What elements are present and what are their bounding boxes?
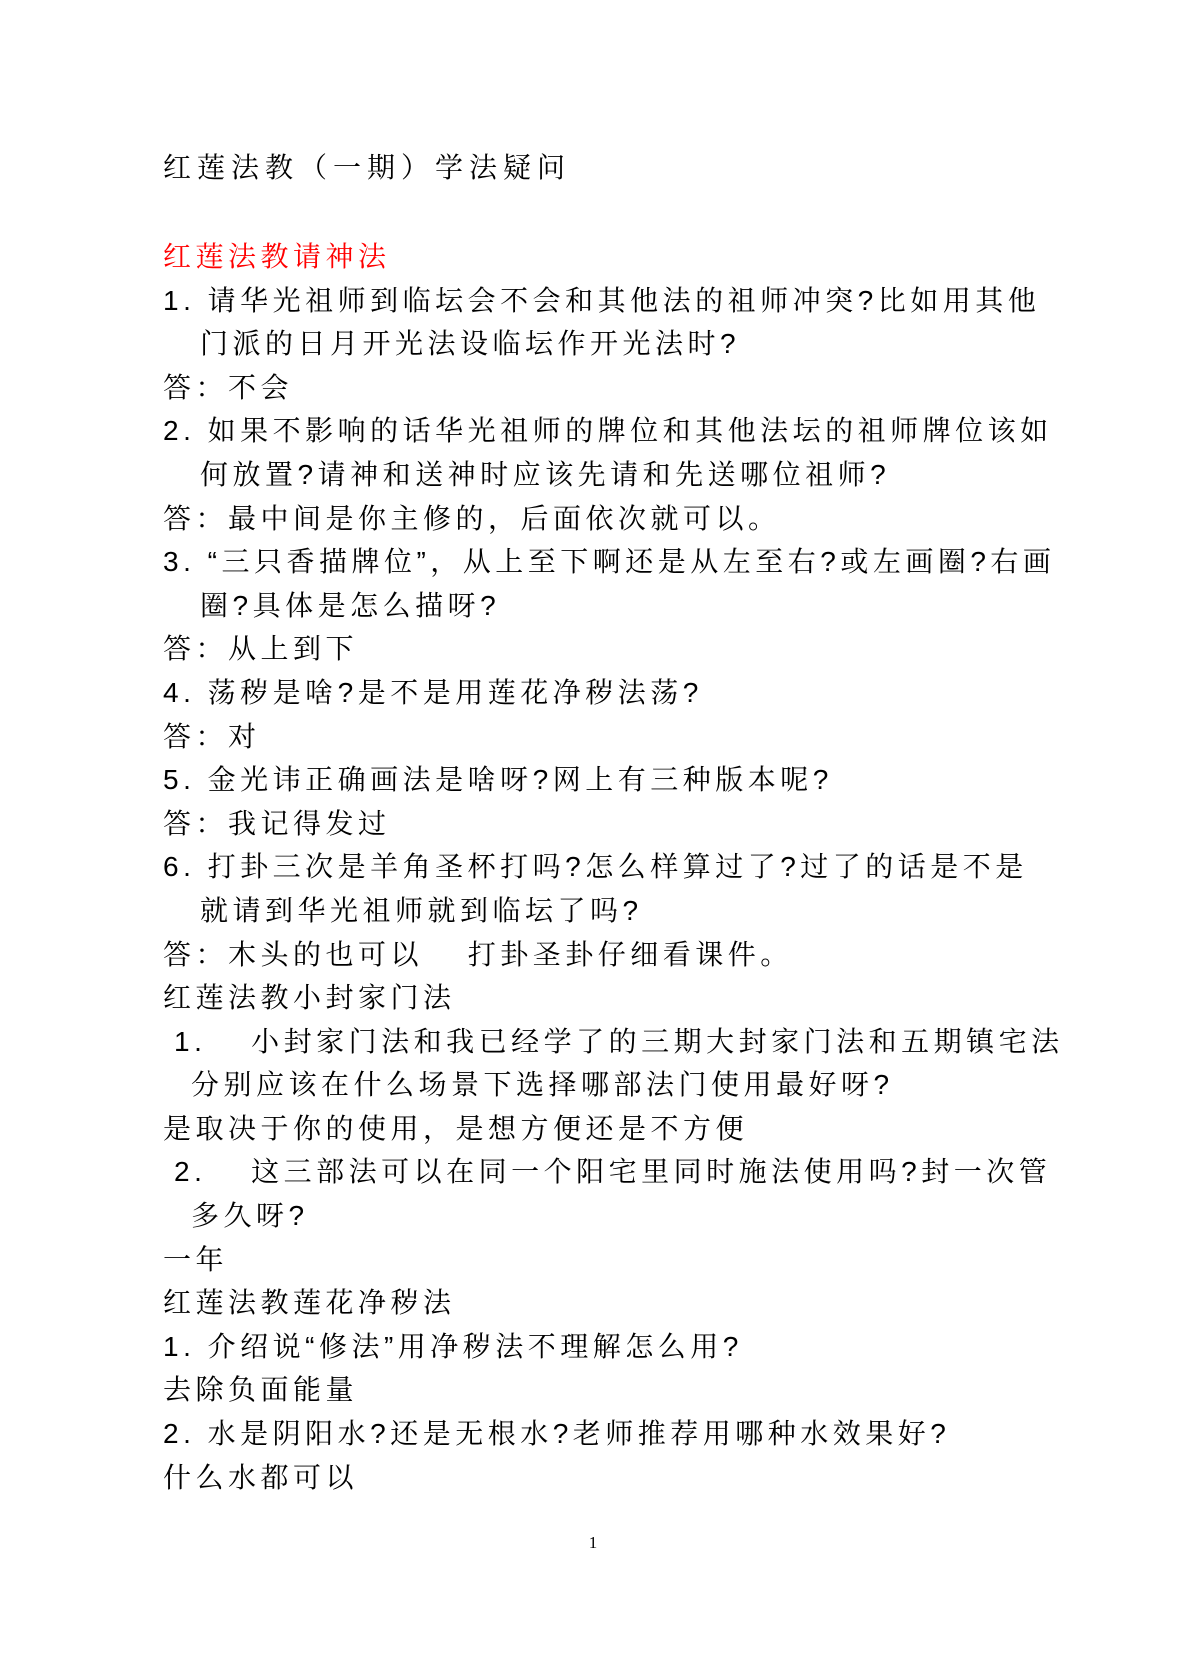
text-line: 就请到华光祖师就到临坛了吗? bbox=[200, 889, 1043, 933]
answer-paragraph: 去除负面能量 bbox=[163, 1368, 1043, 1412]
text-line: 答：我记得发过 bbox=[163, 802, 1043, 846]
text-line: 1. 介绍说“修法”用净秽法不理解怎么用? bbox=[163, 1325, 1043, 1369]
answer-paragraph: 是取决于你的使用，是想方便还是不方便 bbox=[163, 1107, 1043, 1151]
answer-paragraph: 什么水都可以 bbox=[163, 1456, 1043, 1500]
text-line: 分别应该在什么场景下选择哪部法门使用最好呀? bbox=[191, 1063, 1043, 1107]
text-line: 答：对 bbox=[163, 715, 1043, 759]
text-line: 多久呀? bbox=[191, 1194, 1043, 1238]
text-line: 红莲法教莲花净秽法 bbox=[163, 1281, 1043, 1325]
text-line: 答：最中间是你主修的，后面依次就可以。 bbox=[163, 497, 1043, 541]
question-paragraph: 2. 水是阴阳水?还是无根水?老师推荐用哪种水效果好? bbox=[163, 1412, 1043, 1456]
answer-paragraph: 答：从上到下 bbox=[163, 627, 1043, 671]
text-line: 2. 水是阴阳水?还是无根水?老师推荐用哪种水效果好? bbox=[163, 1412, 1043, 1456]
page-number: 1 bbox=[0, 1533, 1186, 1553]
text-line: 一年 bbox=[163, 1238, 1043, 1282]
section-heading: 红莲法教请神法 bbox=[163, 235, 1043, 279]
text-line: 6. 打卦三次是羊角圣杯打吗?怎么样算过了?过了的话是不是 bbox=[163, 845, 1043, 889]
question-paragraph: 1. 请华光祖师到临坛会不会和其他法的祖师冲突?比如用其他门派的日月开光法设临坛… bbox=[163, 279, 1043, 366]
answer-paragraph: 答：对 bbox=[163, 715, 1043, 759]
section-heading: 红莲法教莲花净秽法 bbox=[163, 1281, 1043, 1325]
text-line: 门派的日月开光法设临坛作开光法时? bbox=[200, 322, 1043, 366]
text-line: 去除负面能量 bbox=[163, 1368, 1043, 1412]
question-paragraph: 3. “三只香描牌位”，从上至下啊还是从左至右?或左画圈?右画圈?具体是怎么描呀… bbox=[163, 540, 1043, 627]
answer-paragraph: 答：我记得发过 bbox=[163, 802, 1043, 846]
document-body: 红莲法教请神法1. 请华光祖师到临坛会不会和其他法的祖师冲突?比如用其他门派的日… bbox=[163, 235, 1043, 1499]
answer-paragraph: 一年 bbox=[163, 1238, 1043, 1282]
question-paragraph: 2. 如果不影响的话华光祖师的牌位和其他法坛的祖师牌位该如何放置?请神和送神时应… bbox=[163, 409, 1043, 496]
question-paragraph: 6. 打卦三次是羊角圣杯打吗?怎么样算过了?过了的话是不是就请到华光祖师就到临坛… bbox=[163, 845, 1043, 932]
document-title: 红莲法教（一期）学法疑问 bbox=[163, 146, 1043, 190]
text-line: 答：不会 bbox=[163, 366, 1043, 410]
text-line: 圈?具体是怎么描呀? bbox=[200, 584, 1043, 628]
text-line: 何放置?请神和送神时应该先请和先送哪位祖师? bbox=[200, 453, 1043, 497]
answer-paragraph: 答：最中间是你主修的，后面依次就可以。 bbox=[163, 497, 1043, 541]
text-line: 红莲法教请神法 bbox=[163, 235, 1043, 279]
text-line: 答：从上到下 bbox=[163, 627, 1043, 671]
text-line: 2. 这三部法可以在同一个阳宅里同时施法使用吗?封一次管 bbox=[174, 1150, 1043, 1194]
text-line: 3. “三只香描牌位”，从上至下啊还是从左至右?或左画圈?右画 bbox=[163, 540, 1043, 584]
question-paragraph: 1. 介绍说“修法”用净秽法不理解怎么用? bbox=[163, 1325, 1043, 1369]
text-line: 4. 荡秽是啥?是不是用莲花净秽法荡? bbox=[163, 671, 1043, 715]
section-heading: 红莲法教小封家门法 bbox=[163, 976, 1043, 1020]
question-paragraph: 5. 金光讳正确画法是啥呀?网上有三种版本呢? bbox=[163, 758, 1043, 802]
text-line: 什么水都可以 bbox=[163, 1456, 1043, 1500]
text-line: 1. 小封家门法和我已经学了的三期大封家门法和五期镇宅法 bbox=[174, 1020, 1043, 1064]
text-line: 是取决于你的使用，是想方便还是不方便 bbox=[163, 1107, 1043, 1151]
document-page: 红莲法教（一期）学法疑问 红莲法教请神法1. 请华光祖师到临坛会不会和其他法的祖… bbox=[0, 0, 1186, 1679]
question-paragraph: 4. 荡秽是啥?是不是用莲花净秽法荡? bbox=[163, 671, 1043, 715]
text-line: 5. 金光讳正确画法是啥呀?网上有三种版本呢? bbox=[163, 758, 1043, 802]
answer-paragraph: 答：不会 bbox=[163, 366, 1043, 410]
text-line: 答：木头的也可以 打卦圣卦仔细看课件。 bbox=[163, 933, 1043, 977]
document-content: 红莲法教（一期）学法疑问 红莲法教请神法1. 请华光祖师到临坛会不会和其他法的祖… bbox=[163, 146, 1043, 1499]
question-paragraph: 1. 小封家门法和我已经学了的三期大封家门法和五期镇宅法分别应该在什么场景下选择… bbox=[163, 1020, 1043, 1107]
question-paragraph: 2. 这三部法可以在同一个阳宅里同时施法使用吗?封一次管多久呀? bbox=[163, 1150, 1043, 1237]
text-line: 1. 请华光祖师到临坛会不会和其他法的祖师冲突?比如用其他 bbox=[163, 279, 1043, 323]
text-line: 红莲法教小封家门法 bbox=[163, 976, 1043, 1020]
answer-paragraph: 答：木头的也可以 打卦圣卦仔细看课件。 bbox=[163, 933, 1043, 977]
text-line: 2. 如果不影响的话华光祖师的牌位和其他法坛的祖师牌位该如 bbox=[163, 409, 1043, 453]
